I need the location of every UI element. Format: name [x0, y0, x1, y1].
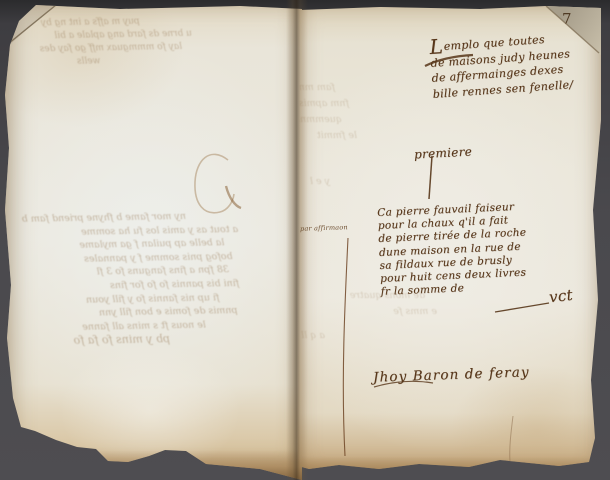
right-page: 7 Lemplo que toutes de maisons judy heun…: [297, 0, 610, 480]
total-dash-line: [495, 303, 549, 312]
c-shaped-mark-dark: [226, 186, 241, 208]
bleedthrough-line: le fmmit: [317, 130, 357, 141]
c-shaped-mark: [195, 154, 234, 212]
left-bleedthrough-middle: ny mor fame b fhyne priend fam b a tout …: [3, 209, 240, 349]
bleedthrough-line: lay fo mmmguax mff go fay des: [36, 41, 182, 57]
bleedthrough-line: wells: [36, 55, 100, 69]
folio-number: 7: [562, 10, 572, 28]
bleedthrough-line: pb y mins fo fa fo: [5, 333, 170, 349]
binding-gutter-shadow: [286, 0, 308, 480]
bleedthrough-line: e mms fe: [393, 306, 437, 317]
section-label-descender: [429, 156, 432, 199]
left-bleedthrough-top: puy m affs a int ng by u brne ds fard an…: [36, 15, 197, 70]
entry-block: Ca pierre fauvail faiseur pour la chaux …: [377, 201, 529, 300]
bleedthrough-line: de mons quatre: [350, 290, 425, 301]
heading-block: Lemplo que toutes de maisons judy heunes…: [429, 30, 574, 102]
manuscript-scan: puy m affs a int ng by u brne ds fard an…: [0, 0, 610, 480]
signature: Jhoy Baron de feray: [373, 364, 530, 385]
left-page: puy m affs a int ng by u brne ds fard an…: [0, 0, 302, 480]
section-label: premiere: [414, 144, 473, 161]
bottom-crease-line: [510, 416, 513, 462]
margin-rule-line: [343, 238, 348, 456]
total-amount: vct: [548, 286, 574, 306]
bleedthrough-line: y e l: [310, 176, 330, 187]
